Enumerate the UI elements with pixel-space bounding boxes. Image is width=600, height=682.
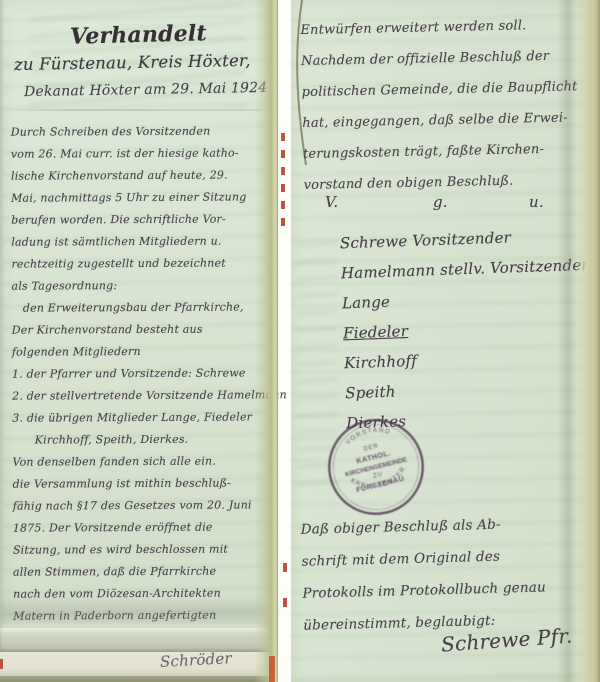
handwriting-line: 1. der Pfarrer und Vorsitzende: Schrewe: [12, 362, 268, 385]
handwriting-line: Von denselben fanden sich alle ein.: [12, 450, 268, 473]
left-page: Verhandelt zu Fürstenau, Kreis Höxter, D…: [0, 0, 278, 682]
handwriting-line: lische Kirchenvorstand auf heute, 29.: [11, 164, 267, 187]
handwriting-line: den Erweiterungsbau der Pfarrkirche,: [12, 296, 268, 319]
vgu-abbreviation-row: V. g. u.: [291, 193, 571, 217]
red-edge-strip: [269, 656, 275, 682]
red-edge-mark: [281, 167, 285, 175]
page-below-strip: [0, 652, 278, 676]
handwriting-line: 3. die übrigen Mitglieder Lange, Fiedele…: [12, 406, 268, 429]
vertical-fold-shadow: [557, 0, 577, 682]
vgu-g: g.: [433, 193, 448, 211]
handwriting-line: 1875. Der Vorsitzende eröffnet die: [13, 516, 269, 539]
handwriting-line: hat, eingegangen, daß selbe die Erwei-: [302, 102, 593, 139]
archival-document-scan: Verhandelt zu Fürstenau, Kreis Höxter, D…: [0, 0, 600, 682]
left-page-right-edge: [254, 0, 278, 682]
handwriting-line: Sitzung, und es wird beschlossen mit: [13, 538, 269, 561]
place-line: zu Fürstenau, Kreis Höxter,: [14, 51, 251, 74]
tape-band: [0, 628, 278, 652]
handwriting-line: als Tagesordnung:: [11, 274, 267, 297]
red-edge-mark: [281, 218, 285, 226]
red-edge-mark: [281, 150, 285, 158]
handwriting-line: ladung ist sämtlichen Mitgliedern u.: [11, 230, 267, 253]
handwriting-line: Durch Schreiben des Vorsitzenden: [11, 120, 267, 143]
red-edge-mark: [281, 133, 285, 141]
right-page-body: Entwürfen erweitert werden soll.Nachdem …: [300, 9, 594, 201]
handwriting-line: fähig nach §17 des Gesetzes vom 20. Juni: [13, 494, 269, 517]
red-edge-mark: [281, 201, 285, 209]
photo-smudge: [0, 596, 278, 624]
schroeder-signature: Schröder: [160, 649, 233, 671]
red-edge-mark: [0, 659, 3, 669]
red-edge-mark: [283, 598, 287, 607]
left-page-body: Durch Schreiben des Vorsitzendenvom 26. …: [11, 120, 270, 627]
handwriting-line: die Versammlung ist mithin beschluß-: [13, 472, 269, 495]
handwriting-line: Mai, nachmittags 5 Uhr zu einer Sitzung: [11, 186, 267, 209]
handwriting-line: folgenden Mitgliedern: [12, 340, 268, 363]
right-page-right-edge: [575, 0, 600, 682]
certification-paragraph: Daß obiger Beschluß als Ab-schrift mit d…: [300, 506, 593, 642]
bottom-edge-shadow: [0, 676, 278, 682]
vgu-v: V.: [325, 193, 338, 211]
horizontal-fold-line: [0, 109, 262, 111]
document-heading: Verhandelt: [70, 20, 207, 50]
handwriting-line: vom 26. Mai curr. ist der hiesige katho-: [11, 142, 267, 165]
left-page-left-edge: [0, 0, 5, 682]
red-edge-mark: [283, 563, 287, 572]
handwriting-line: 2. der stellvertretende Vorsitzende Hame…: [12, 384, 268, 407]
handwriting-line: allen Stimmen, daß die Pfarrkirche: [13, 560, 269, 583]
handwriting-line: rechtzeitig zugestellt und bezeichnet: [11, 252, 267, 275]
vgu-u: u.: [529, 193, 544, 211]
handwriting-line: Der Kirchenvorstand besteht aus: [12, 318, 268, 341]
date-line: Dekanat Höxter am 29. Mai 1924: [24, 80, 268, 100]
handwriting-line: berufen worden. Die schriftliche Vor-: [11, 208, 267, 231]
svg-text:VORSTAND: VORSTAND: [343, 422, 393, 447]
red-edge-mark: [281, 184, 285, 192]
stamp-arc-top: VORSTAND: [343, 422, 393, 447]
right-page: Entwürfen erweitert werden soll.Nachdem …: [291, 0, 600, 682]
handwriting-line: Kirchhoff, Speith, Dierkes.: [12, 428, 268, 451]
